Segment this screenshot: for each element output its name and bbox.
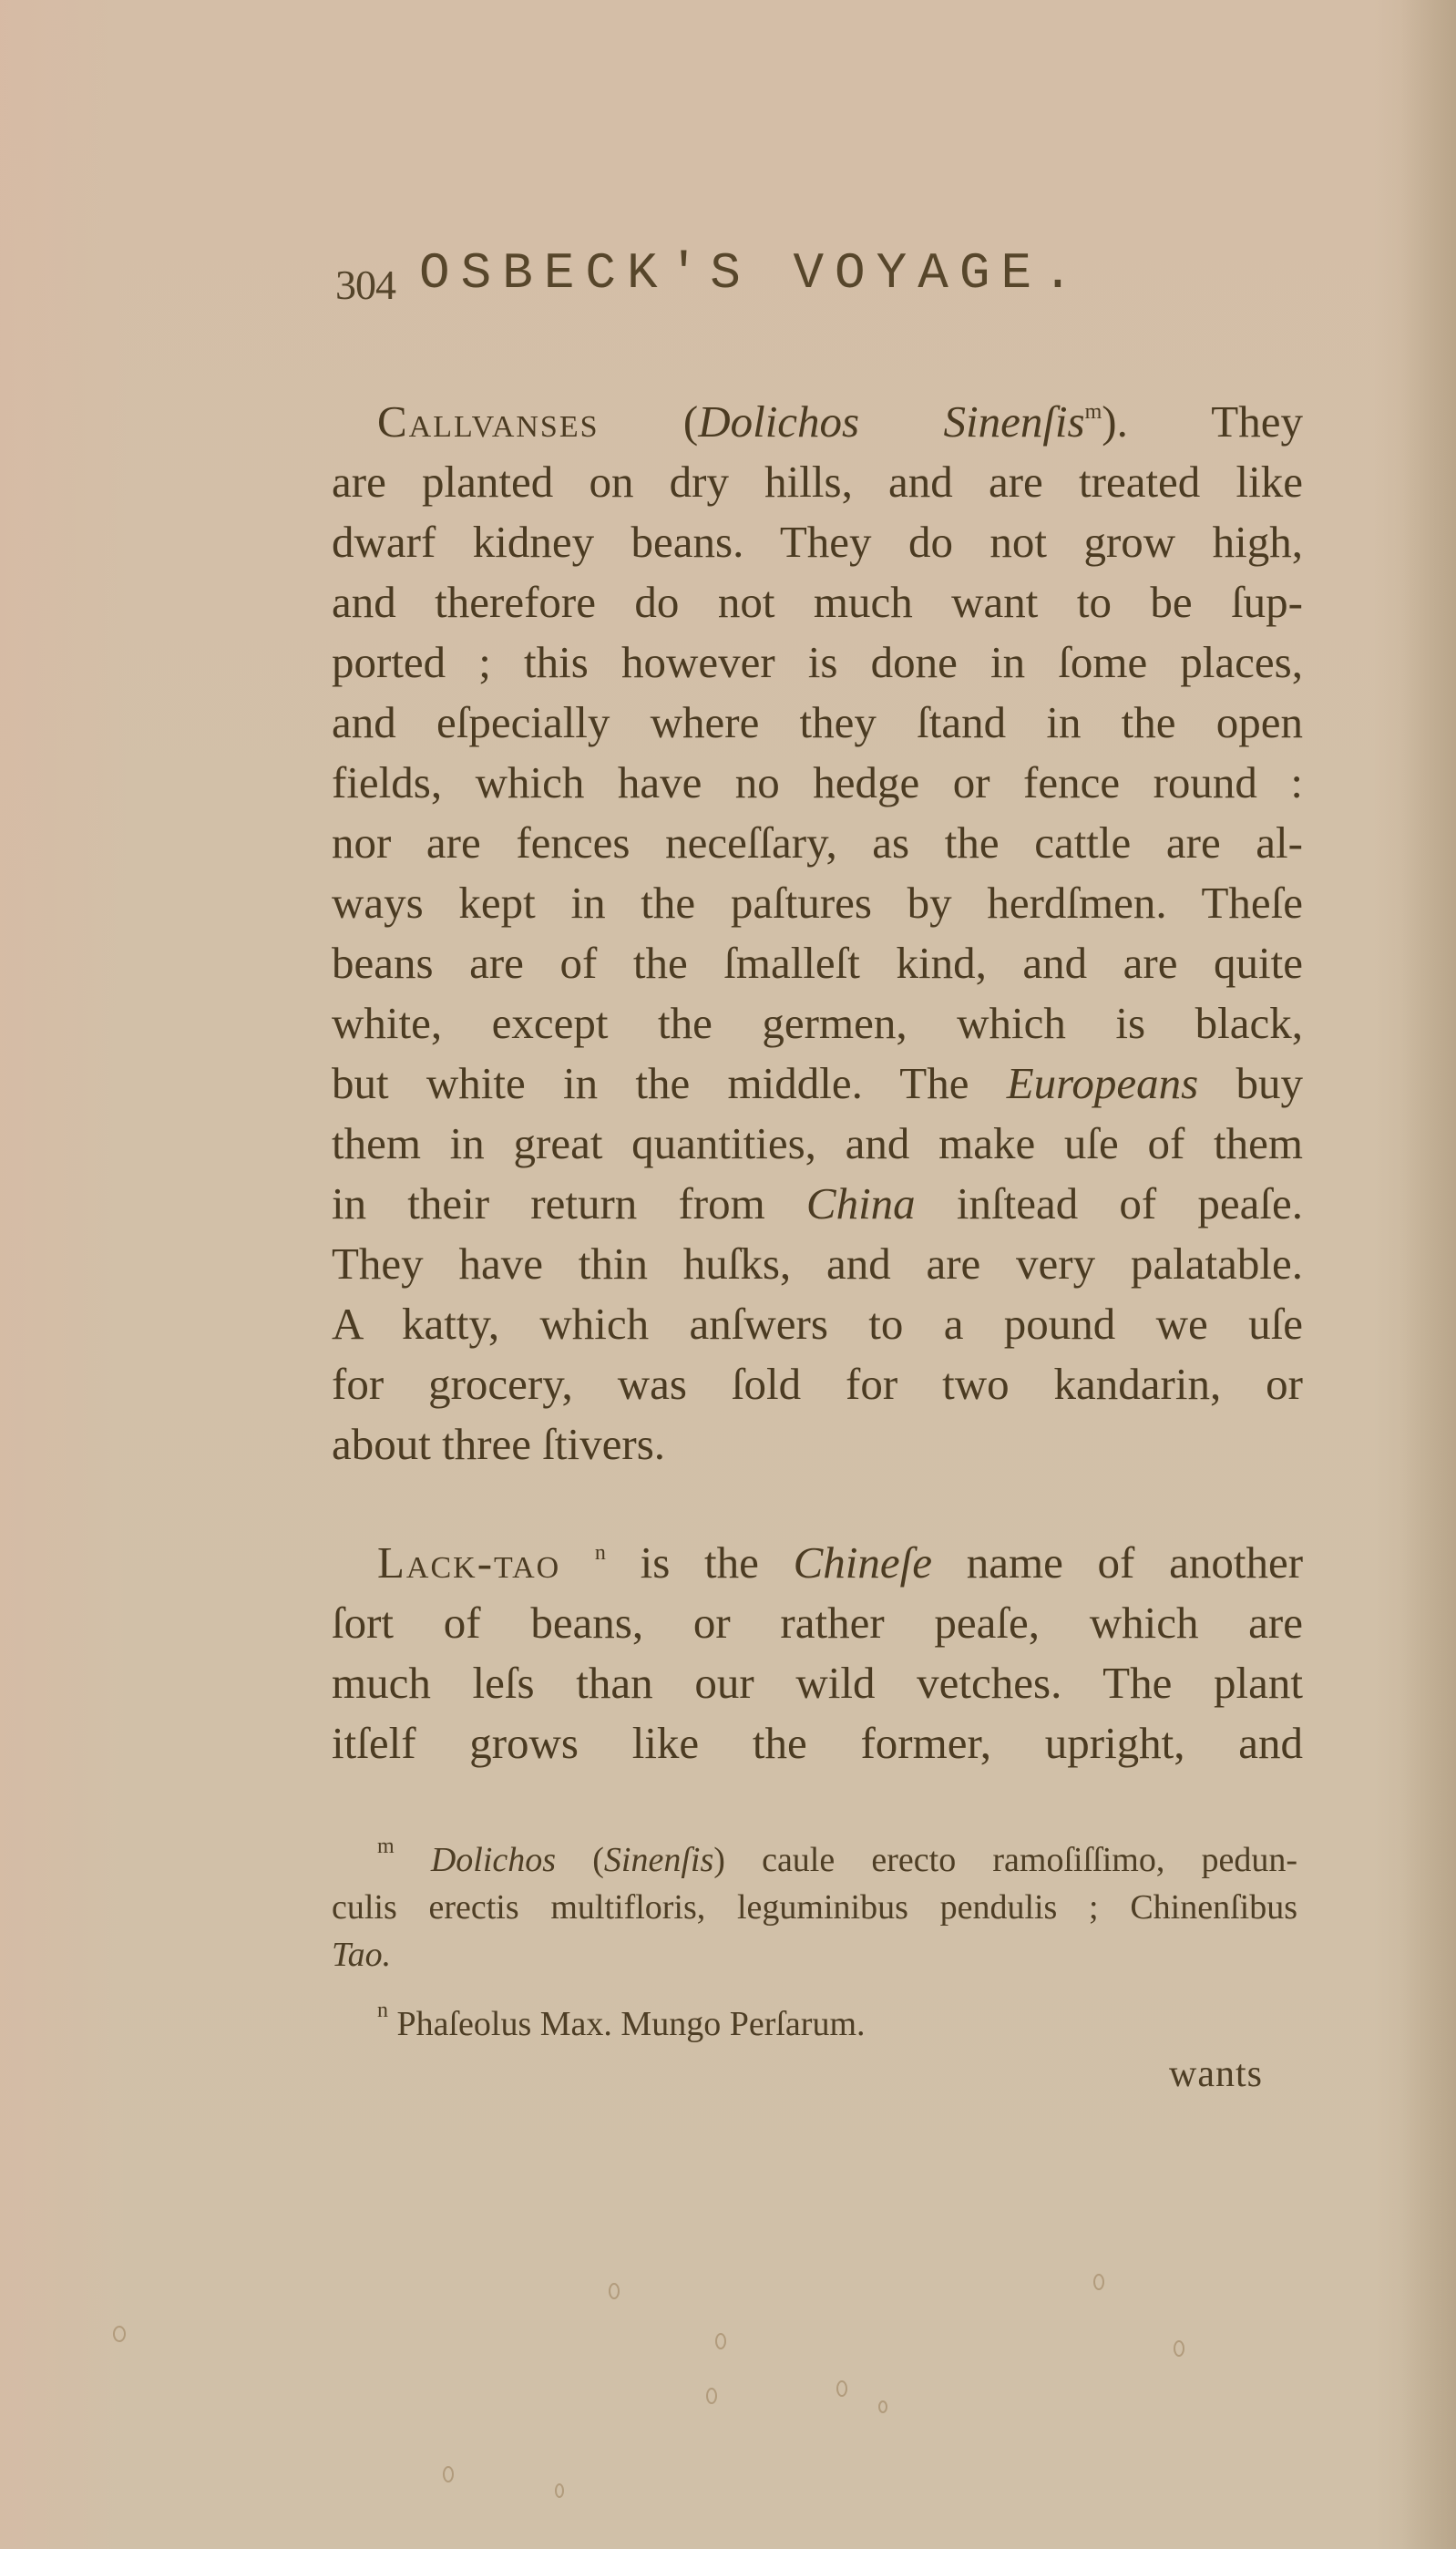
- footnote-marker: n: [377, 1999, 388, 2022]
- text-line: ported ; this however is done in ſome pl…: [332, 632, 1303, 693]
- text-line: They have thin huſks, and are very palat…: [332, 1234, 1303, 1294]
- text-line: are planted on dry hills, and are treate…: [332, 452, 1303, 512]
- text-line: them in great quantities, and make uſe o…: [332, 1114, 1303, 1174]
- text-line: for grocery, was ſold for two kandarin, …: [332, 1354, 1303, 1414]
- book-page: 304 OSBECK'S VOYAGE. Callvanses (Dolicho…: [0, 0, 1456, 2549]
- text-line: and eſpecially where they ſtand in the o…: [332, 693, 1303, 753]
- footnote-gap: [332, 1979, 1297, 2000]
- paper-speck: [706, 2388, 717, 2404]
- paper-speck: [609, 2283, 620, 2299]
- paper-speck: [878, 2400, 887, 2413]
- text-line: white, except the germen, which is black…: [332, 993, 1303, 1054]
- footnote-m: m Dolichos (Sinenſis) caule erecto ramoſ…: [332, 1836, 1297, 1884]
- footnote-line: culis erectis multifloris, leguminibus p…: [332, 1884, 1297, 1931]
- paper-speck: [113, 2326, 126, 2342]
- footnote-marker: m: [377, 1835, 395, 1858]
- text-line: nor are fences neceſſary, as the cattle …: [332, 813, 1303, 873]
- page-edge-shadow: [1401, 0, 1456, 2549]
- footnote-line: Tao.: [332, 1931, 1297, 1979]
- entry-heading: Lack-tao: [377, 1537, 560, 1588]
- page-header: 304 OSBECK'S VOYAGE.: [335, 244, 1246, 317]
- main-text: Callvanses (Dolichos Sinenſism). They ar…: [332, 392, 1303, 1773]
- footnotes: m Dolichos (Sinenſis) caule erecto ramoſ…: [332, 1836, 1297, 2048]
- text-line: A katty, which anſwers to a pound we uſe: [332, 1294, 1303, 1354]
- text-line: about three ſtivers.: [332, 1414, 1303, 1475]
- text-line: Callvanses (Dolichos Sinenſism). They: [332, 392, 1303, 452]
- text-line: ways kept in the paſtures by herdſmen. T…: [332, 873, 1303, 933]
- text-line: beans are of the ſmalleſt kind, and are …: [332, 933, 1303, 993]
- entry-heading: Callvanses: [377, 396, 600, 447]
- catchword: wants: [1169, 2052, 1263, 2096]
- paper-speck: [555, 2483, 564, 2498]
- species-name: Dolichos Sinenſis: [698, 396, 1084, 447]
- text-line: and therefore do not much want to be ſup…: [332, 572, 1303, 632]
- text-line: ſort of beans, or rather peaſe, which ar…: [332, 1593, 1303, 1653]
- text-line: Lack-tao n is the Chineſe name of anothe…: [332, 1533, 1303, 1593]
- paper-speck: [715, 2333, 726, 2349]
- text-line: much leſs than our wild vetches. The pla…: [332, 1653, 1303, 1713]
- paper-speck: [836, 2380, 847, 2397]
- paragraph-gap: [332, 1475, 1303, 1533]
- footnote-ref-n[interactable]: n: [595, 1541, 606, 1565]
- footnote-ref-m[interactable]: m: [1085, 400, 1102, 424]
- page-number: 304: [335, 261, 395, 309]
- footnote-n: n Phaſeolus Max. Mungo Perſarum.: [332, 2000, 1297, 2048]
- text-line: fields, which have no hedge or fence rou…: [332, 753, 1303, 813]
- text-line: in their return from China inſtead of pe…: [332, 1174, 1303, 1234]
- text-line: itſelf grows like the former, upright, a…: [332, 1713, 1303, 1773]
- text-line: dwarf kidney beans. They do not grow hig…: [332, 512, 1303, 572]
- paper-speck: [443, 2466, 454, 2482]
- text-line: but white in the middle. The Europeans b…: [332, 1054, 1303, 1114]
- running-title: OSBECK'S VOYAGE.: [419, 244, 1084, 303]
- paper-speck: [1093, 2274, 1104, 2290]
- paper-speck: [1174, 2340, 1184, 2357]
